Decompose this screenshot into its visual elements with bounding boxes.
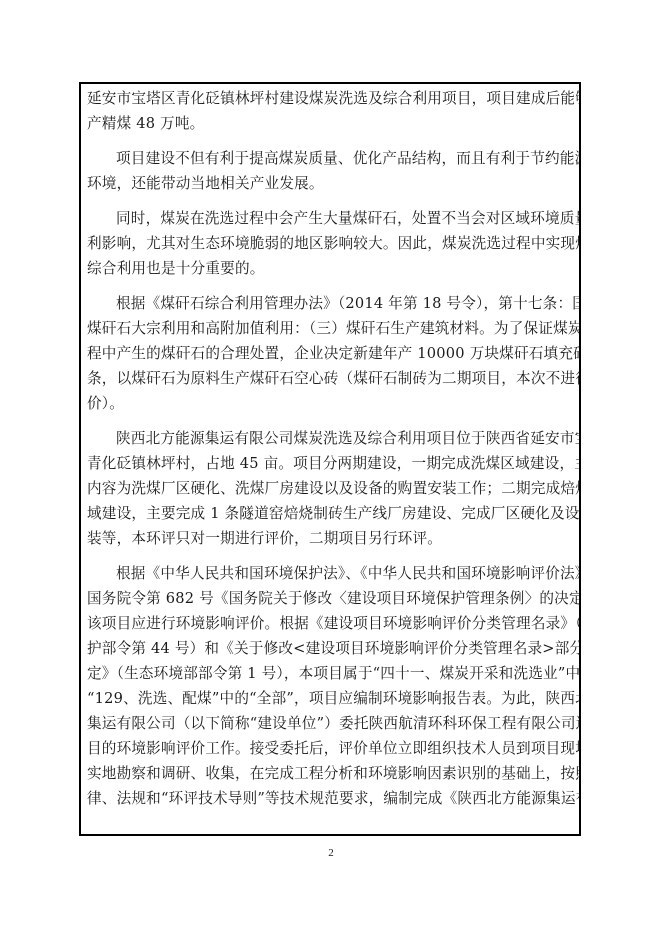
- paragraph-5: 陕西北方能源集运有限公司煤炭洗选及综合利用项目位于陕西省延安市宝塔区 青化砭镇林…: [87, 426, 579, 551]
- text-line: 价）。: [87, 391, 579, 416]
- paragraph-2: 项目建设不但有利于提高煤炭质量、优化产品结构，而且有利于节约能源和保护 环境，还…: [87, 146, 579, 196]
- text-line: 同时，煤炭在洗选过程中会产生大量煤矸石，处置不当会对区域环境质量造成不: [87, 206, 579, 231]
- text-line: 定》（生态环境部部令第 1 号），本项目属于“四十一、煤炭开采和洗选业”中的: [87, 661, 579, 686]
- text-line: 综合利用也是十分重要的。: [87, 256, 579, 281]
- text-line: 利影响，尤其对生态环境脆弱的地区影响较大。因此，煤炭洗选过程中实现煤矸石的: [87, 231, 579, 256]
- text-line: 律、法规和“环评技术导则”等技术规范要求，编制完成《陕西北方能源集运有限公司: [87, 786, 579, 811]
- text-line: 项目建设不但有利于提高煤炭质量、优化产品结构，而且有利于节约能源和保护: [87, 146, 579, 171]
- text-line: 目的环境影响评价工作。接受委托后，评价单位立即组织技术人员到项目现场进行了: [87, 736, 579, 761]
- text-line: 煤矸石大宗利用和高附加值利用：（三）煤矸石生产建筑材料。为了保证煤炭洗选过: [87, 316, 579, 341]
- paragraph-1: 延安市宝塔区青化砭镇林坪村建设煤炭洗选及综合利用项目，项目建成后能够达到年 产精…: [87, 86, 579, 136]
- page-number: 2: [0, 847, 662, 859]
- text-line: 域建设，主要完成 1 条隧道窑焙烧制砖生产线厂房建设、完成厂区硬化及设备购置安: [87, 501, 579, 526]
- text-line: 内容为洗煤厂区硬化、洗煤厂房建设以及设备的购置安装工作；二期完成焙烧制砖区: [87, 476, 579, 501]
- text-line: 根据《煤矸石综合利用管理办法》（2014 年第 18 号令），第十七条：国家鼓励: [87, 291, 579, 316]
- text-line: “129、洗选、配煤”中的“全部”，项目应编制环境影响报告表。为此，陕西北方能源: [87, 686, 579, 711]
- text-line: 实地勘察和调研、收集，在完成工程分析和环境影响因素识别的基础上，按照有关法: [87, 761, 579, 786]
- text-line: 国务院令第 682 号《国务院关于修改〈建设项目环境保护管理条例〉的决定》的要求…: [87, 586, 579, 611]
- text-line: 根据《中华人民共和国环境保护法》、《中华人民共和国环境影响评价法》以及: [87, 561, 579, 586]
- text-line: 陕西北方能源集运有限公司煤炭洗选及综合利用项目位于陕西省延安市宝塔区: [87, 426, 579, 451]
- text-line: 该项目应进行环境影响评价。根据《建设项目环境影响评价分类管理名录》（环境保: [87, 611, 579, 636]
- paragraph-4: 根据《煤矸石综合利用管理办法》（2014 年第 18 号令），第十七条：国家鼓励…: [87, 291, 579, 416]
- text-line: 环境，还能带动当地相关产业发展。: [87, 171, 579, 196]
- paragraph-3: 同时，煤炭在洗选过程中会产生大量煤矸石，处置不当会对区域环境质量造成不 利影响，…: [87, 206, 579, 281]
- text-line: 集运有限公司（以下简称“建设单位”）委托陕西航清环科环保工程有限公司进行本项: [87, 711, 579, 736]
- text-line: 延安市宝塔区青化砭镇林坪村建设煤炭洗选及综合利用项目，项目建成后能够达到年: [87, 86, 579, 111]
- document-body: 延安市宝塔区青化砭镇林坪村建设煤炭洗选及综合利用项目，项目建成后能够达到年 产精…: [87, 86, 579, 821]
- text-line: 青化砭镇林坪村，占地 45 亩。项目分两期建设，一期完成洗煤区域建设，主要建设: [87, 451, 579, 476]
- paragraph-6: 根据《中华人民共和国环境保护法》、《中华人民共和国环境影响评价法》以及 国务院令…: [87, 561, 579, 811]
- text-line: 程中产生的煤矸石的合理处置，企业决定新建年产 10000 万块煤矸石填充砖生产线…: [87, 341, 579, 366]
- text-line: 产精煤 48 万吨。: [87, 111, 579, 136]
- text-line: 护部令第 44 号）和《关于修改<建设项目环境影响评价分类管理名录>部分内容的决: [87, 636, 579, 661]
- text-line: 条，以煤矸石为原料生产煤矸石空心砖（煤矸石制砖为二期项目，本次不进行评: [87, 366, 579, 391]
- text-line: 装等，本环评只对一期进行评价，二期项目另行环评。: [87, 526, 579, 551]
